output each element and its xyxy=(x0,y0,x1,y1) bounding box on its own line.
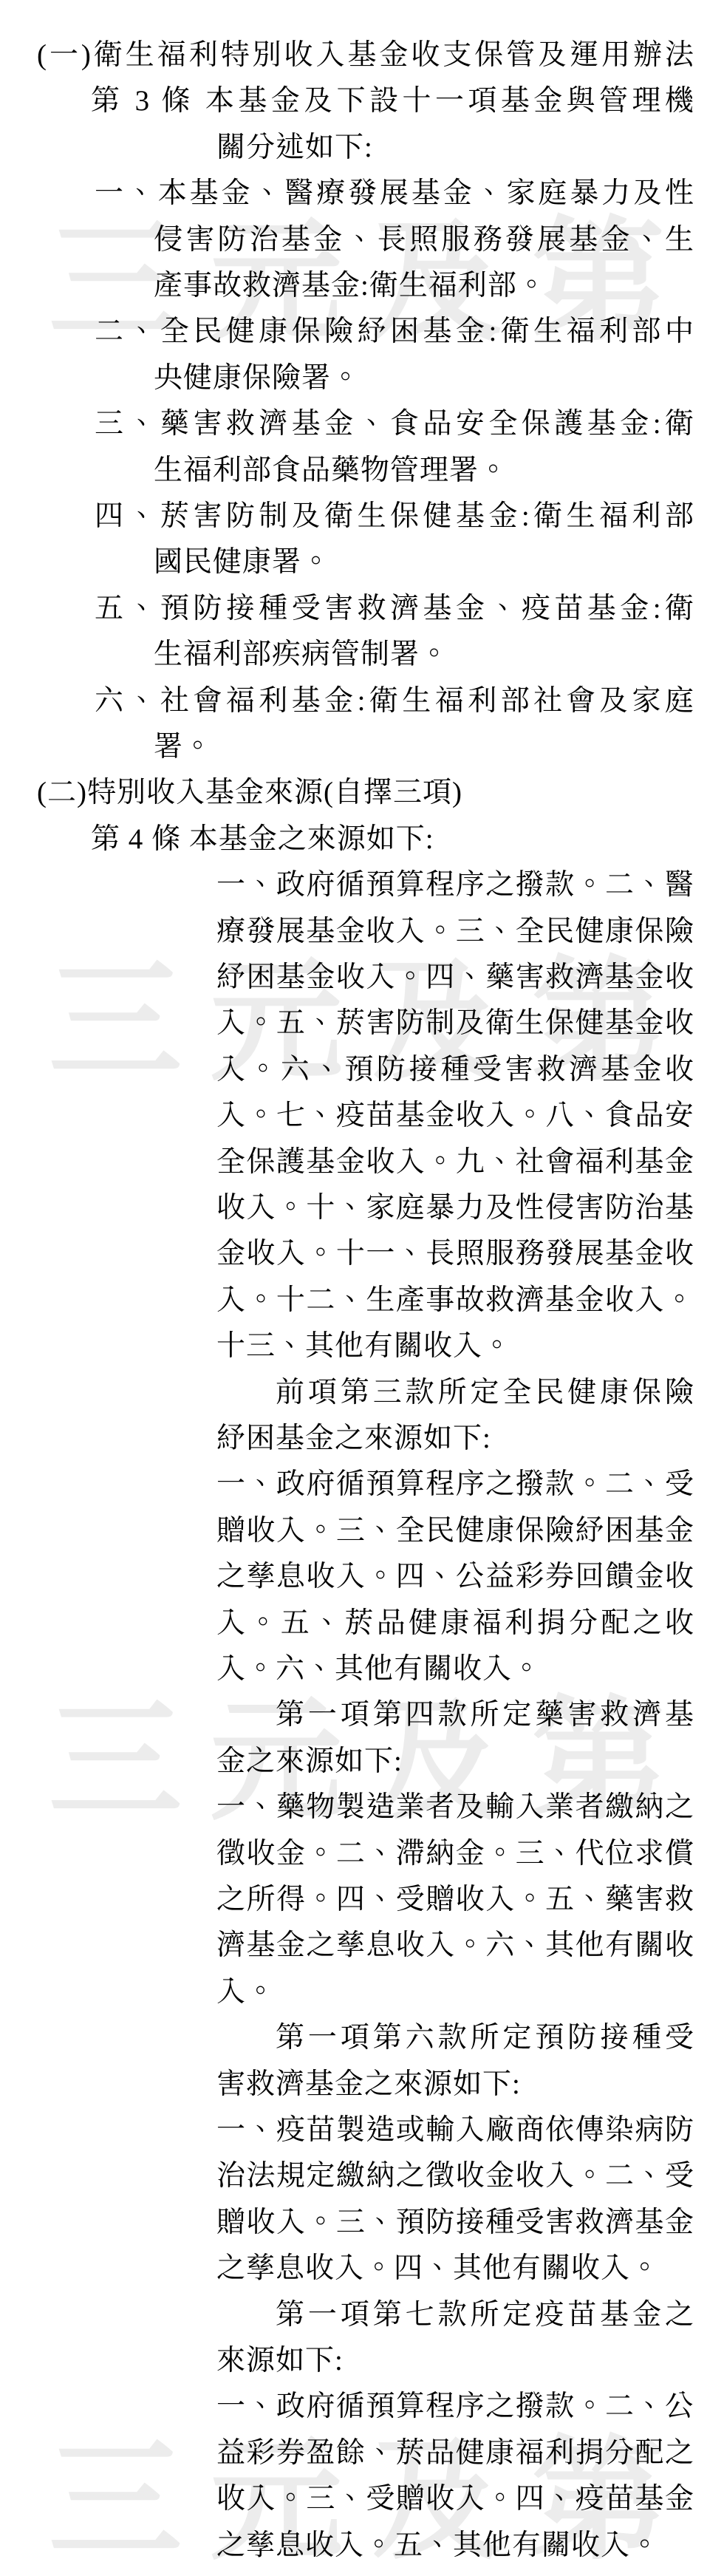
text-line: 之孳息收入。四、公益彩券回饋金收 xyxy=(216,1558,694,1595)
text-line: 入。六、其他有關收入。 xyxy=(216,1651,542,1688)
text-line: 之孳息收入。四、其他有關收入。 xyxy=(216,2250,660,2287)
text-line: 署。 xyxy=(154,729,213,766)
text-line: 療發展基金收入。三、全民健康保險 xyxy=(216,913,694,950)
text-line: 生福利部疾病管制署。 xyxy=(154,636,449,673)
text-line: 六、社會福利基金:衛生福利部社會及家庭 xyxy=(95,683,694,720)
text-line: 收入。三、受贈收入。四、疫苗基金 xyxy=(216,2481,694,2518)
text-line: 紓困基金之來源如下: xyxy=(216,1420,491,1457)
text-line: 國民健康署。 xyxy=(154,544,331,581)
text-line: 第一項第六款所定預防接種受 xyxy=(276,2020,694,2057)
text-line: 入。六、預防接種受害救濟基金收 xyxy=(216,1052,694,1088)
text-line: 央健康保險署。 xyxy=(154,360,361,397)
text-line: 入。七、疫苗基金收入。八、食品安 xyxy=(216,1097,694,1134)
text-line: 入。五、菸害防制及衛生保健基金收 xyxy=(216,1005,694,1042)
text-line: 二、全民健康保險紓困基金:衛生福利部中 xyxy=(95,313,694,350)
text-line: 一、疫苗製造或輸入廠商依傳染病防 xyxy=(216,2112,694,2149)
text-line: 侵害防治基金、長照服務發展基金、生 xyxy=(154,222,694,259)
text-line: 入。五、菸品健康福利捐分配之收 xyxy=(216,1605,694,1642)
text-line: 全保護基金收入。九、社會福利基金 xyxy=(216,1144,694,1181)
text-line: 金之來源如下: xyxy=(216,1743,403,1780)
text-line: 一、藥物製造業者及輸入業者繳納之 xyxy=(216,1789,694,1826)
text-line: 害救濟基金之來源如下: xyxy=(216,2066,521,2103)
document-page: 三元及第三元及第三元及第三元及第(一)衛生福利特別收入基金收支保管及運用辦法第 … xyxy=(0,0,724,2576)
text-line: 之孳息收入。五、其他有關收入。 xyxy=(216,2527,660,2564)
text-line: 第一項第七款所定疫苗基金之 xyxy=(276,2297,694,2334)
text-line: 一、政府循預算程序之撥款。二、公 xyxy=(216,2388,694,2425)
text-line: 產事故救濟基金:衛生福利部。 xyxy=(154,268,547,304)
text-line: 徵收金。二、滯納金。三、代位求償 xyxy=(216,1836,694,1873)
text-line: 第 4 條 本基金之來源如下: xyxy=(91,821,434,858)
text-line: 一、政府循預算程序之撥款。二、醫 xyxy=(216,867,694,904)
text-line: 濟基金之孳息收入。六、其他有關收 xyxy=(216,1927,694,1964)
text-line: 金收入。十一、長照服務發展基金收 xyxy=(216,1236,694,1272)
text-line: 第 3 條 本基金及下設十一項基金與管理機 xyxy=(91,83,694,120)
text-line: 來源如下: xyxy=(216,2342,344,2379)
text-line: 收入。十、家庭暴力及性侵害防治基 xyxy=(216,1190,694,1227)
text-line: 生福利部食品藥物管理署。 xyxy=(154,452,508,489)
text-line: 入。 xyxy=(216,1974,276,2011)
text-line: (一)衛生福利特別收入基金收支保管及運用辦法 xyxy=(37,37,694,74)
text-line: 治法規定繳納之徵收金收入。二、受 xyxy=(216,2158,694,2195)
text-line: 益彩券盈餘、菸品健康福利捐分配之 xyxy=(216,2435,694,2472)
text-line: 四、菸害防制及衛生保健基金:衛生福利部 xyxy=(95,498,694,535)
text-line: 前項第三款所定全民健康保險 xyxy=(276,1374,694,1411)
text-line: 一、政府循預算程序之撥款。二、受 xyxy=(216,1466,694,1503)
text-line: 入。十二、生產事故救濟基金收入。 xyxy=(216,1282,694,1319)
text-line: 贈收入。三、預防接種受害救濟基金 xyxy=(216,2204,694,2241)
text-line: (二)特別收入基金來源(自擇三項) xyxy=(37,774,462,811)
text-line: 五、預防接種受害救濟基金、疫苗基金:衛 xyxy=(95,590,694,627)
text-line: 紓困基金收入。四、藥害救濟基金收 xyxy=(216,959,694,996)
text-line: 一、本基金、醫療發展基金、家庭暴力及性 xyxy=(95,175,694,212)
text-line: 關分述如下: xyxy=(216,129,373,166)
text-line: 第一項第四款所定藥害救濟基 xyxy=(276,1697,694,1734)
text-line: 十三、其他有關收入。 xyxy=(216,1328,512,1365)
text-line: 贈收入。三、全民健康保險紓困基金 xyxy=(216,1513,694,1550)
text-line: 三、藥害救濟基金、食品安全保護基金:衛 xyxy=(95,406,694,443)
text-line: 之所得。四、受贈收入。五、藥害救 xyxy=(216,1881,694,1918)
